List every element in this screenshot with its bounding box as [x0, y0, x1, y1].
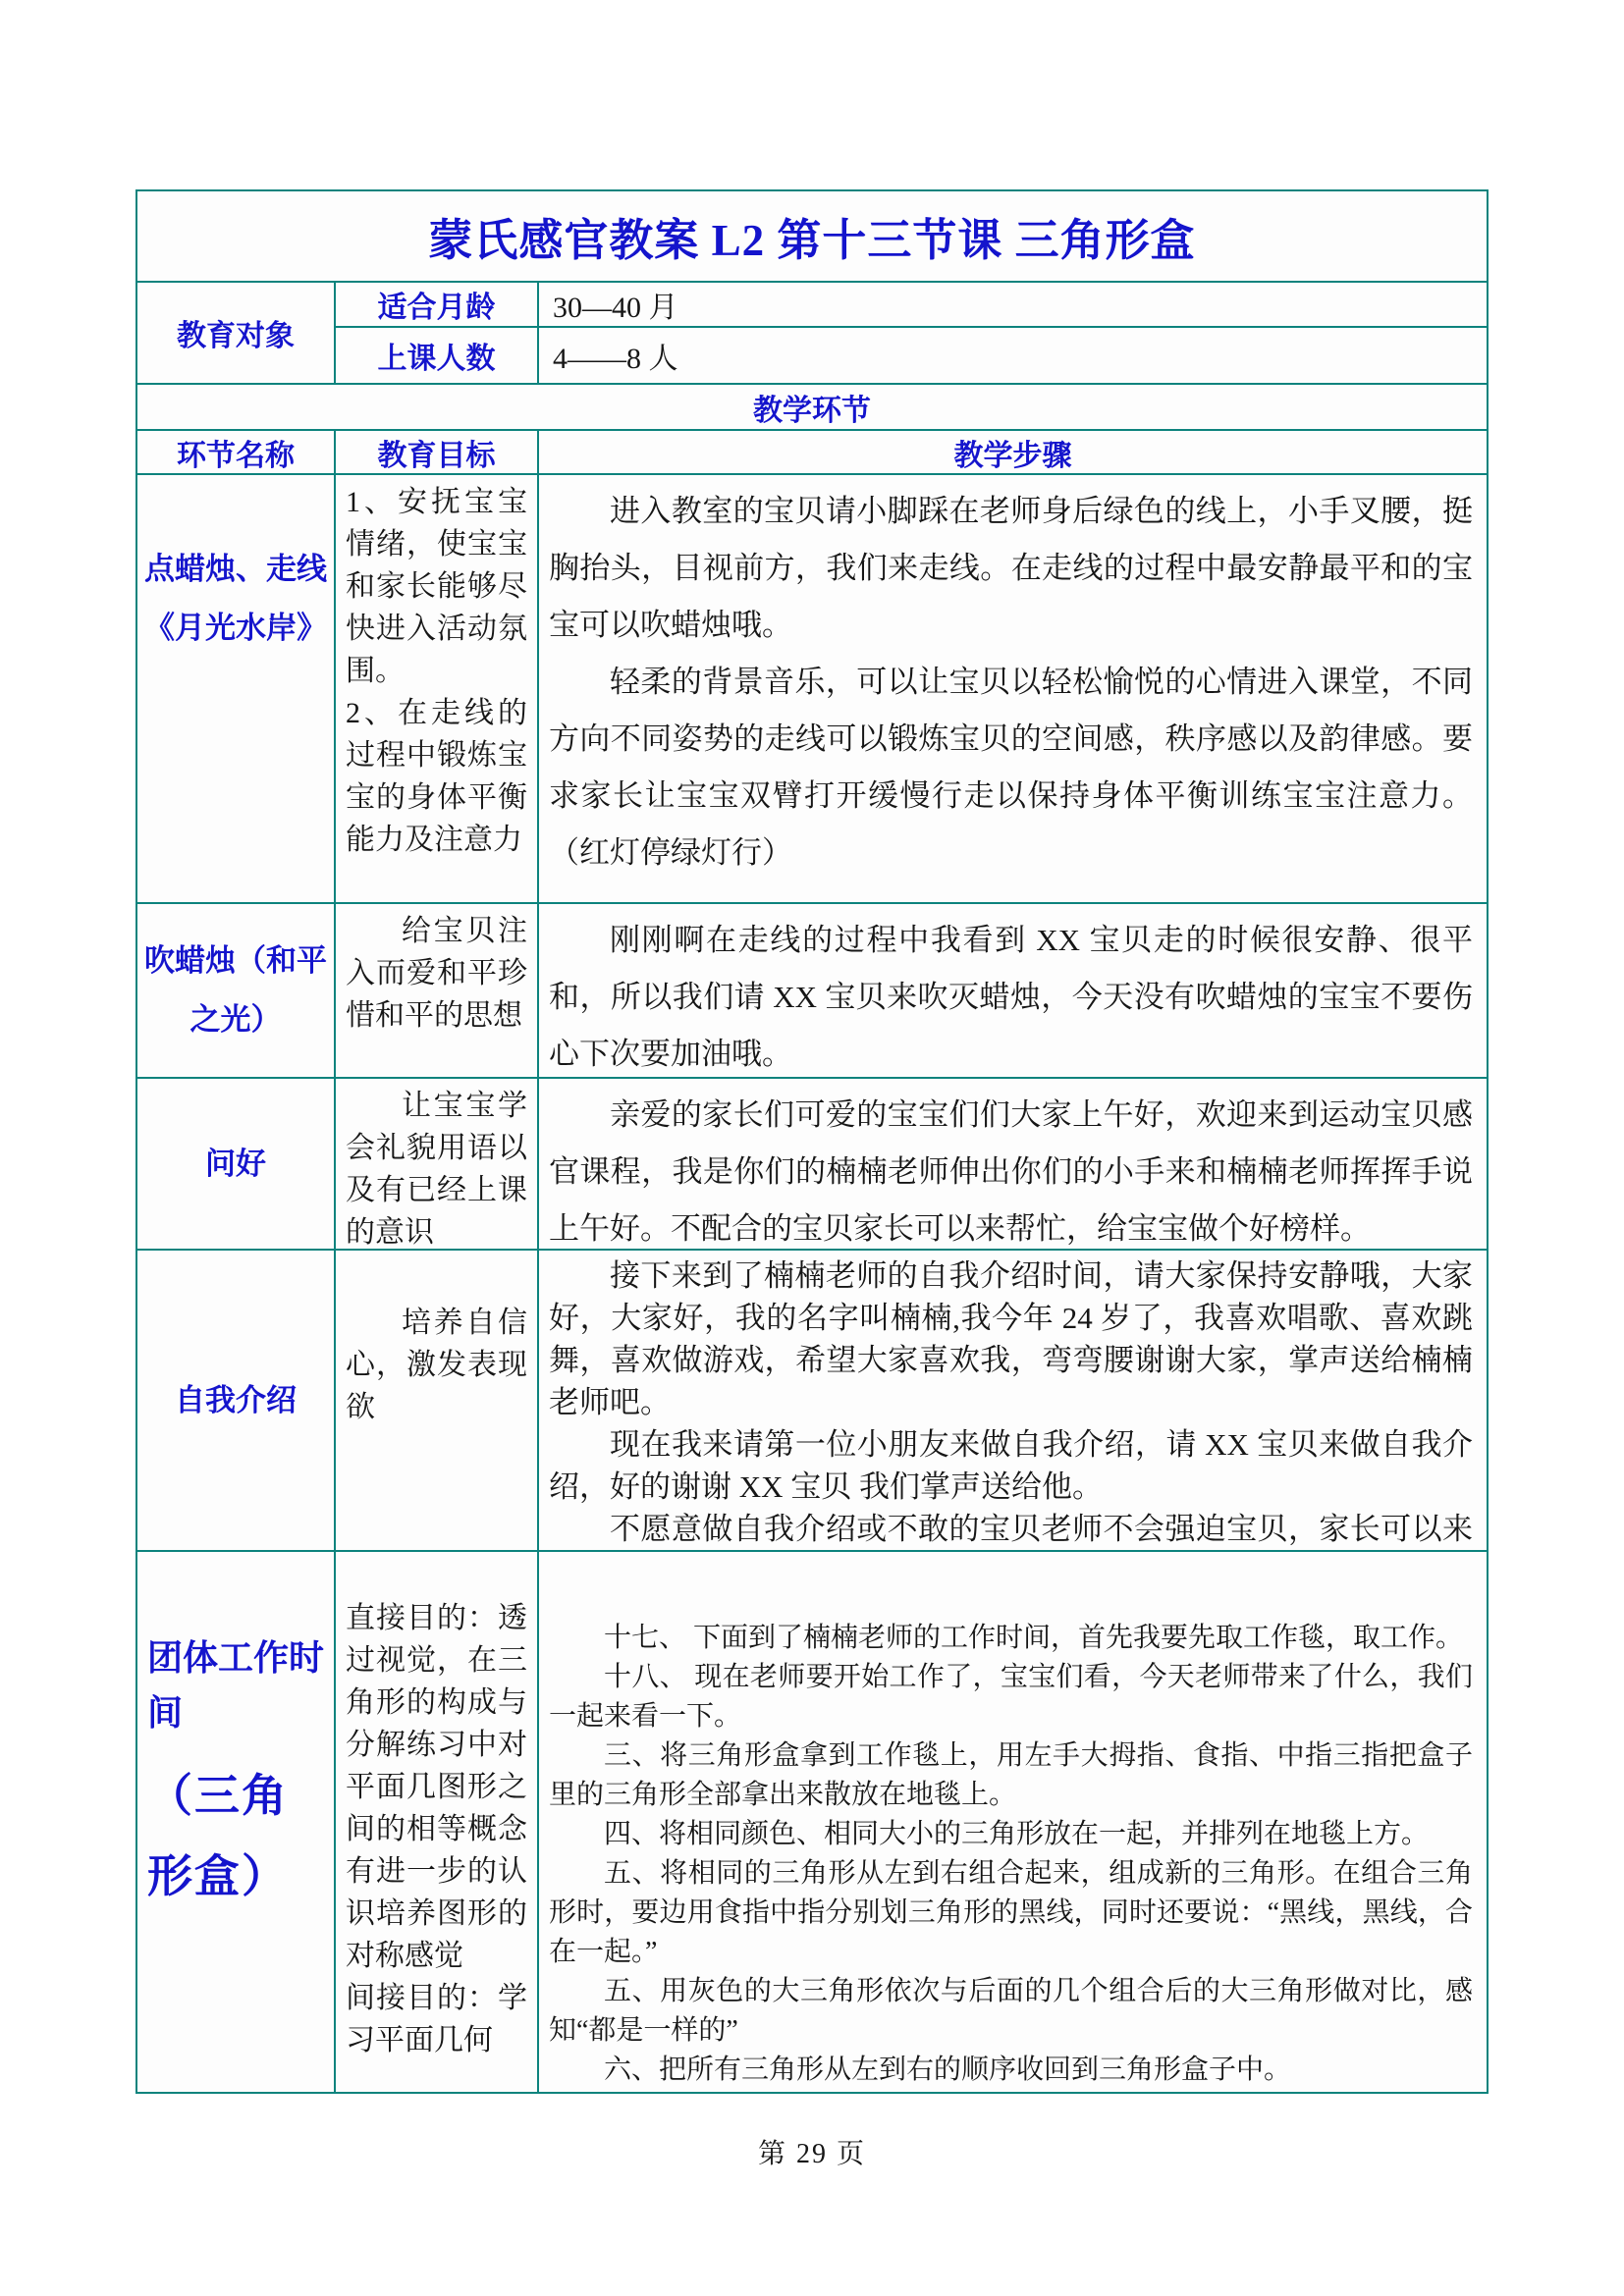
page-title: 蒙氏感官教案 L2 第十三节课 三角形盒	[137, 191, 1487, 281]
paragraph: 让宝宝学会礼貌用语以及有已经上课的意识	[346, 1085, 527, 1249]
phase-goal-cell: 1、安抚宝宝情绪，使宝宝和家长能够尽快进入活动氛围。2、在走线的过程中锻炼宝宝的…	[334, 473, 537, 902]
info-value-count: 4——8 人	[537, 326, 1487, 383]
lesson-plan-table: 蒙氏感官教案 L2 第十三节课 三角形盒 教育对象 适合月龄 30—40 月 上…	[135, 189, 1489, 2094]
name-line: 《月光水岸》	[144, 599, 327, 658]
name-line: 吹蜡烛（和平	[144, 932, 327, 990]
phase-name-cell: 团体工作时间 （三角形盒）	[137, 1550, 334, 2092]
paragraph: 四、将相同颜色、相同大小的三角形放在一起，并排列在地毯上方。	[549, 1815, 1473, 1854]
phase-goal-cell: 直接目的：透过视觉，在三角形的构成与分解练习中对平面几图形之间的相等概念有进一步…	[334, 1550, 537, 2092]
section-header: 教学环节	[137, 383, 1487, 429]
name-line: 点蜡烛、走线	[144, 540, 327, 599]
phase-steps-cell: 接下来到了楠楠老师的自我介绍时间，请大家保持安静哦，大家好，大家好，我的名字叫楠…	[537, 1249, 1487, 1550]
paragraph: 直接目的：透过视觉，在三角形的构成与分解练习中对平面几图形之间的相等概念有进一步…	[346, 1597, 527, 1977]
info-label-count: 上课人数	[334, 326, 537, 383]
paragraph: 2、在走线的过程中锻炼宝宝的身体平衡能力及注意力	[346, 692, 527, 861]
paragraph: 进入教室的宝贝请小脚踩在老师身后绿色的线上，小手叉腰，挺胸抬头，目视前方，我们来…	[549, 483, 1473, 654]
paragraph: 五、用灰色的大三角形依次与后面的几个组合后的大三角形做对比，感知“都是一样的”	[549, 1972, 1473, 2051]
phase-goal-cell: 培养自信心，激发表现欲	[334, 1249, 537, 1550]
phase-name-main: 团体工作时间	[147, 1630, 328, 1740]
paragraph: 十八、 现在老师要开始工作了，宝宝们看，今天老师带来了什么，我们一起来看一下。	[549, 1658, 1473, 1736]
phase-name-cell: 问好	[137, 1077, 334, 1249]
name-line: 问好	[205, 1135, 266, 1194]
col-header-name: 环节名称	[137, 429, 334, 473]
paragraph: 十七、 下面到了楠楠老师的工作时间，首先我要先取工作毯，取工作。	[549, 1619, 1473, 1658]
paragraph: 五、将相同的三角形从左到右组合起来，组成新的三角形。在组合三角形时，要边用食指中…	[549, 1854, 1473, 1972]
paragraph: 轻柔的背景音乐，可以让宝贝以轻松愉悦的心情进入课堂，不同方向不同姿势的走线可以锻…	[549, 654, 1473, 881]
col-header-goal: 教育目标	[334, 429, 537, 473]
paragraph: 1、安抚宝宝情绪，使宝宝和家长能够尽快进入活动氛围。	[346, 481, 527, 692]
paragraph: 亲爱的家长们可爱的宝宝们们大家上午好，欢迎来到运动宝贝感官课程，我是你们的楠楠老…	[549, 1087, 1473, 1249]
phase-steps-cell: 进入教室的宝贝请小脚踩在老师身后绿色的线上，小手叉腰，挺胸抬头，目视前方，我们来…	[537, 473, 1487, 902]
info-label-age: 适合月龄	[334, 281, 537, 326]
document-page: 蒙氏感官教案 L2 第十三节课 三角形盒 教育对象 适合月龄 30—40 月 上…	[0, 0, 1624, 2296]
phase-name-cell: 点蜡烛、走线《月光水岸》	[137, 473, 334, 902]
paragraph: 刚刚啊在走线的过程中我看到 XX 宝贝走的时候很安静、很平和，所以我们请 XX …	[549, 912, 1473, 1077]
paragraph: 不愿意做自我介绍或不敢的宝贝老师不会强迫宝贝，家长可以来帮助宝贝或代替宝贝来做自…	[549, 1508, 1473, 1550]
phase-steps-cell: 刚刚啊在走线的过程中我看到 XX 宝贝走的时候很安静、很平和，所以我们请 XX …	[537, 902, 1487, 1077]
name-line: 之光）	[190, 990, 282, 1049]
phase-name-cell: 吹蜡烛（和平之光）	[137, 902, 334, 1077]
paragraph: 给宝贝注入而爱和平珍惜和平的思想	[346, 910, 527, 1037]
phase-name-cell: 自我介绍	[137, 1249, 334, 1550]
phase-goal-cell: 让宝宝学会礼貌用语以及有已经上课的意识	[334, 1077, 537, 1249]
paragraph: 三、将三角形盒拿到工作毯上，用左手大拇指、食指、中指三指把盒子里的三角形全部拿出…	[549, 1736, 1473, 1815]
col-header-steps: 教学步骤	[537, 429, 1487, 473]
paragraph: 培养自信心，激发表现欲	[346, 1302, 527, 1428]
paragraph: 接下来到了楠楠老师的自我介绍时间，请大家保持安静哦，大家好，大家好，我的名字叫楠…	[549, 1255, 1473, 1423]
phase-name-sub: （三角形盒）	[147, 1756, 328, 1917]
paragraph: 六、把所有三角形从左到右的顺序收回到三角形盒子中。	[549, 2051, 1473, 2090]
info-header: 教育对象	[137, 281, 334, 383]
phase-goal-cell: 给宝贝注入而爱和平珍惜和平的思想	[334, 902, 537, 1077]
name-line: 自我介绍	[175, 1371, 297, 1430]
paragraph: 间接目的：学习平面几何	[346, 1977, 527, 2061]
page-number: 第 29 页	[0, 2132, 1624, 2171]
phase-steps-cell: 十七、 下面到了楠楠老师的工作时间，首先我要先取工作毯，取工作。十八、 现在老师…	[537, 1550, 1487, 2092]
phase-steps-cell: 亲爱的家长们可爱的宝宝们们大家上午好，欢迎来到运动宝贝感官课程，我是你们的楠楠老…	[537, 1077, 1487, 1249]
paragraph: 现在我来请第一位小朋友来做自我介绍，请 XX 宝贝来做自我介绍，好的谢谢 XX …	[549, 1423, 1473, 1508]
info-value-age: 30—40 月	[537, 281, 1487, 326]
